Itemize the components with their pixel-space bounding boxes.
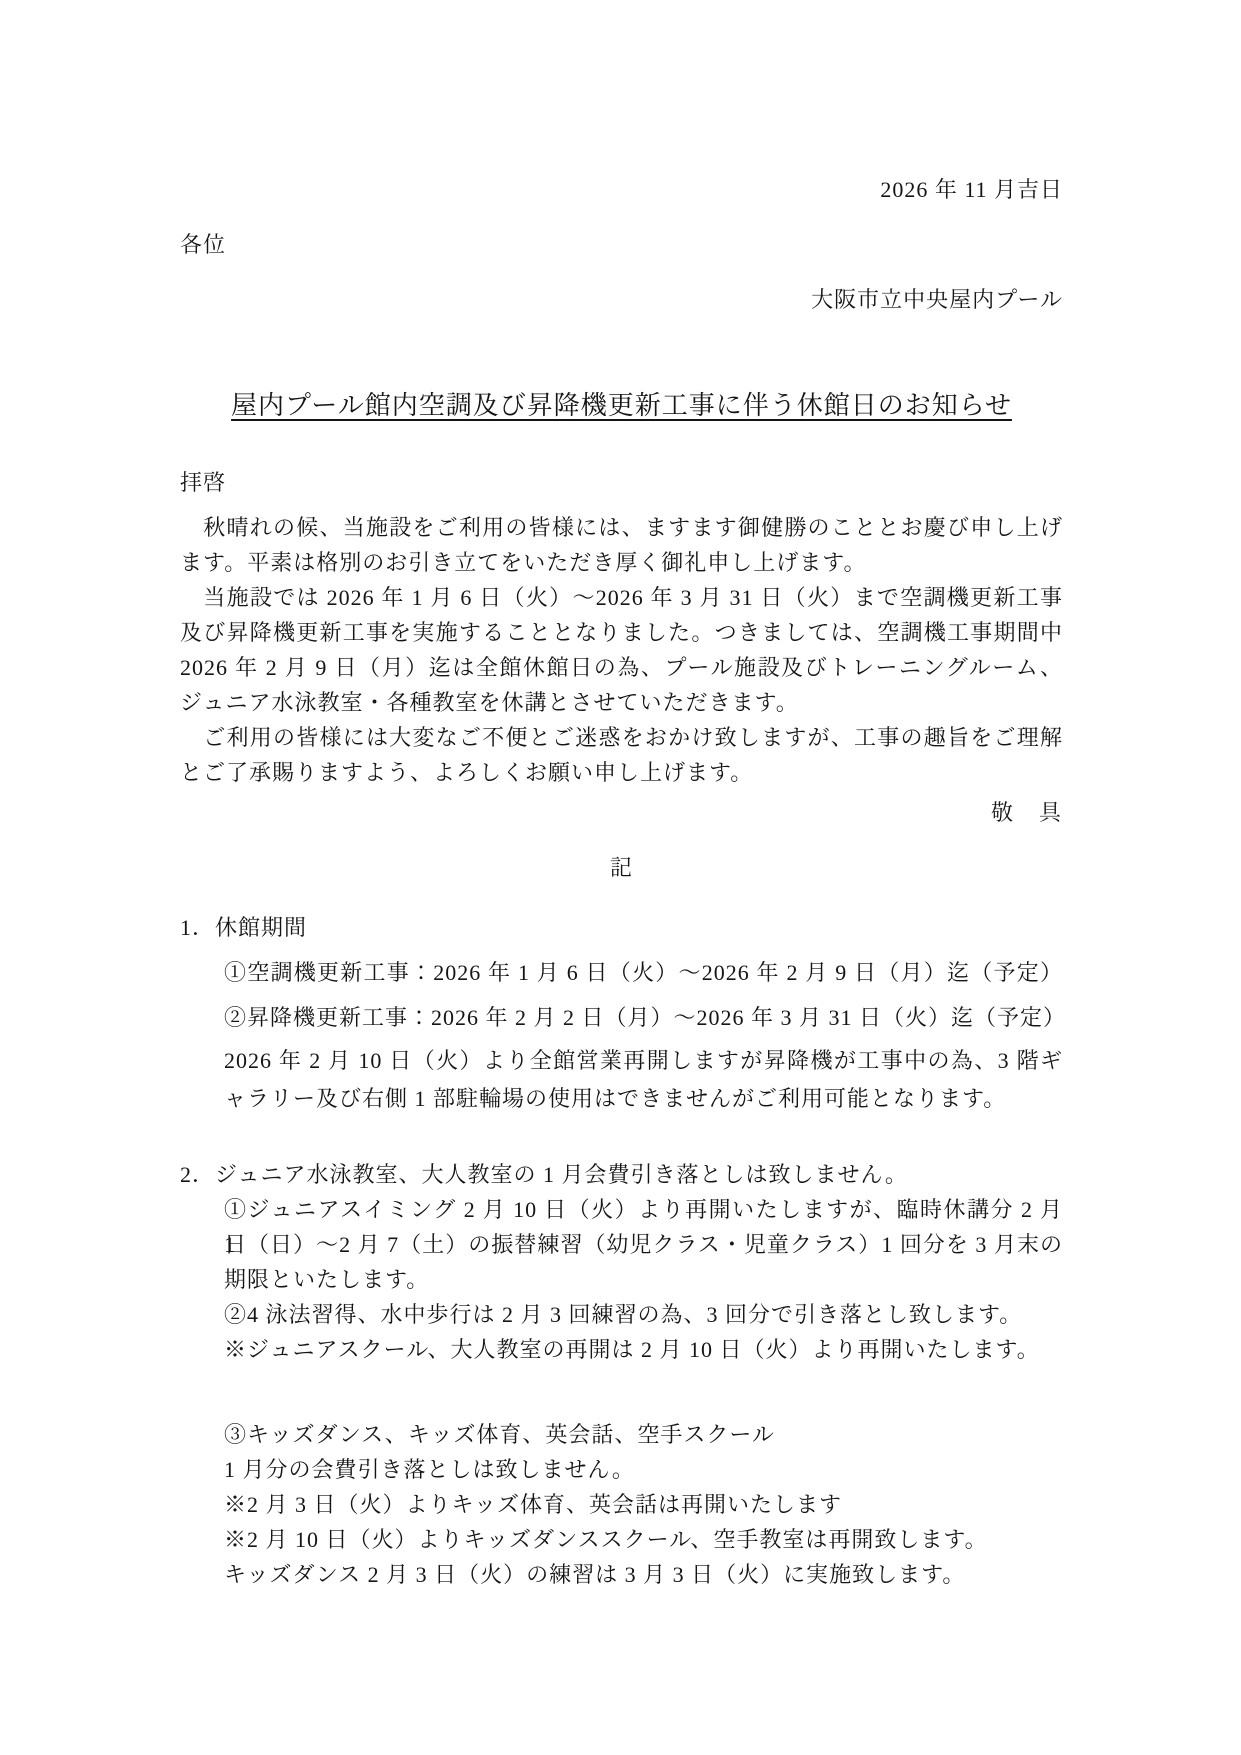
section2-body: ①ジュニアスイミング 2 月 10 日（火）より再開いたしますが、臨時休講分 2… xyxy=(180,1192,1063,1592)
section1-item: ②昇降機更新工事：2026 年 2 月 2 日（月）～2026 年 3 月 31… xyxy=(224,1000,1063,1035)
salutation: 拝啓 xyxy=(180,465,1063,500)
body-line: 秋晴れの候、当施設をご利用の皆様には、ますます御健勝のこととお慶び申し上げ xyxy=(180,510,1063,545)
section2-heading: 2．ジュニア水泳教室、大人教室の 1 月会費引き落としは致しません。 xyxy=(180,1157,1063,1192)
body-line: ご利用の皆様には大変なご不便とご迷惑をおかけ致しますが、工事の趣旨をご理解 xyxy=(180,720,1063,755)
closing: 敬 具 xyxy=(180,795,1063,830)
record-marker: 記 xyxy=(180,850,1063,885)
section2-line: ※2 月 10 日（火）よりキッズダンススクール、空手教室は再開致します。 xyxy=(224,1522,1063,1557)
body-line: 当施設では 2026 年 1 月 6 日（火）～2026 年 3 月 31 日（… xyxy=(180,580,1063,615)
section2-line: ③キッズダンス、キッズ体育、英会話、空手スクール xyxy=(224,1417,1063,1452)
document-page: 2026 年 11 月吉日 各位 大阪市立中央屋内プール 屋内プール館内空調及び… xyxy=(0,0,1241,1755)
body-line: 2026 年 2 月 9 日（月）迄は全館休館日の為、プール施設及びトレーニング… xyxy=(180,650,1063,685)
section1-note-line: ャラリー及び右側 1 部駐輪場の使用はできませんがご利用可能となります。 xyxy=(224,1081,1063,1116)
sender-name: 大阪市立中央屋内プール xyxy=(180,282,1063,317)
body-line: ジュニア水泳教室・各種教室を休講とさせていただきます。 xyxy=(180,685,1063,720)
section2-line: ※2 月 3 日（火）よりキッズ体育、英会話は再開いたします xyxy=(224,1487,1063,1522)
section2-line: 期限といたします。 xyxy=(224,1262,1063,1297)
section1-body: ①空調機更新工事：2026 年 1 月 6 日（火）～2026 年 2 月 9 … xyxy=(180,955,1063,1116)
body-line: ます。平素は格別のお引き立てをいただき厚く御礼申し上げます。 xyxy=(180,545,1063,580)
section1-item: ①空調機更新工事：2026 年 1 月 6 日（火）～2026 年 2 月 9 … xyxy=(224,955,1063,990)
section1-heading: 1．休館期間 xyxy=(180,910,1063,945)
section2-line: ※ジュニアスクール、大人教室の再開は 2 月 10 日（火）より再開いたします。 xyxy=(224,1332,1063,1367)
document-date: 2026 年 11 月吉日 xyxy=(180,172,1063,207)
section2-line: 日（日）～2 月 7（土）の振替練習（幼児クラス・児童クラス）1 回分を 3 月… xyxy=(224,1227,1063,1262)
document-title: 屋内プール館内空調及び昇降機更新工事に伴う休館日のお知らせ xyxy=(180,385,1063,427)
section2-line: ①ジュニアスイミング 2 月 10 日（火）より再開いたしますが、臨時休講分 2… xyxy=(224,1192,1063,1227)
section2-line: ②4 泳法習得、水中歩行は 2 月 3 回練習の為、3 回分で引き落とし致します… xyxy=(224,1297,1063,1332)
section2-group-b: ③キッズダンス、キッズ体育、英会話、空手スクール 1 月分の会費引き落としは致し… xyxy=(224,1417,1063,1592)
body-line: 及び昇降機更新工事を実施することとなりました。つきましては、空調機工事期間中 xyxy=(180,615,1063,650)
section1-note-line: 2026 年 2 月 10 日（火）より全館営業再開しますが昇降機が工事中の為、… xyxy=(224,1043,1063,1078)
section2-line: キッズダンス 2 月 3 日（火）の練習は 3 月 3 日（火）に実施致します。 xyxy=(224,1557,1063,1592)
document-content: 2026 年 11 月吉日 各位 大阪市立中央屋内プール 屋内プール館内空調及び… xyxy=(0,0,1241,1755)
recipient: 各位 xyxy=(180,227,1063,262)
section2-line: 1 月分の会費引き落としは致しません。 xyxy=(224,1452,1063,1487)
body-line: とご了承賜りますよう、よろしくお願い申し上げます。 xyxy=(180,755,1063,790)
